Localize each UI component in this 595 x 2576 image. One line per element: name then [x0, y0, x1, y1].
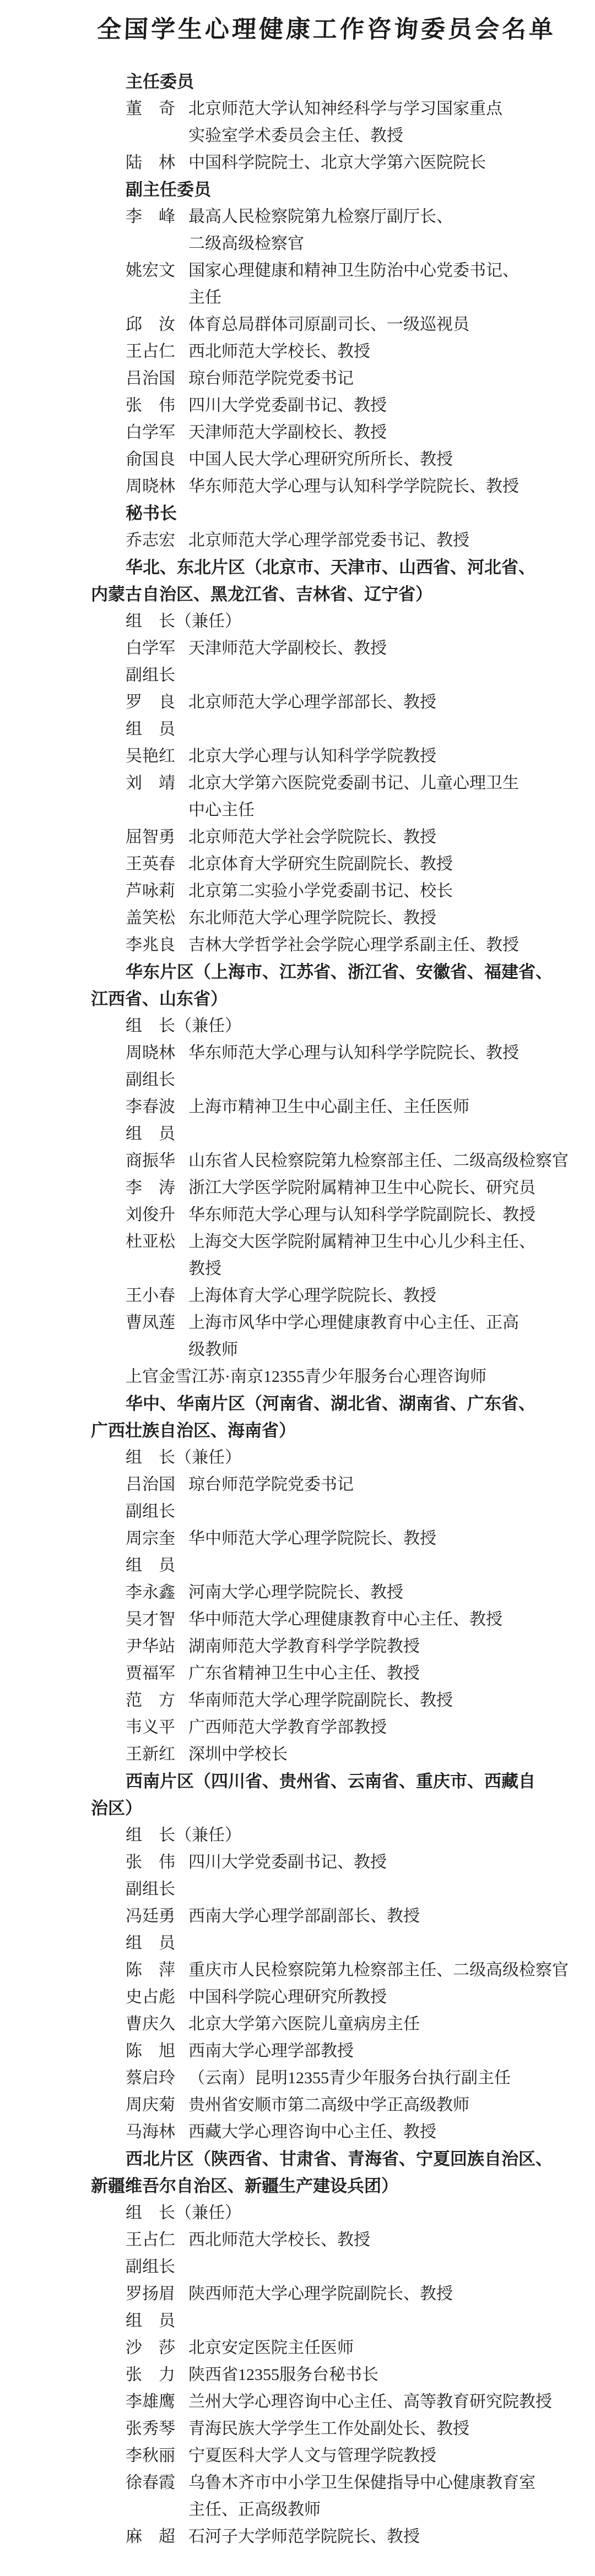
- member-row: 王占仁西北师范大学校长、教授: [91, 2226, 578, 2253]
- member-title: 琼台师范学院党委书记: [188, 365, 578, 392]
- member-name: 陈 萍: [126, 1957, 188, 1984]
- member-row: 麻 超石河子大学师范学院院长、教授: [91, 2523, 578, 2550]
- member-name: 韦义平: [126, 1714, 188, 1741]
- member-name: 蔡启玲: [126, 2065, 188, 2092]
- member-title: 四川大学党委副书记、教授: [188, 1849, 578, 1876]
- member-title: 华中师范大学心理健康教育中心主任、教授: [188, 1606, 578, 1633]
- member-row: 俞国良中国人民大学心理研究所所长、教授: [91, 446, 578, 473]
- member-row: 李 涛浙江大学医学院附属精神卫生中心院长、研究员: [91, 1174, 578, 1201]
- member-title: 石河子大学师范学院院长、教授: [188, 2523, 578, 2550]
- member-row: 白学军天津师范大学副校长、教授: [91, 419, 578, 446]
- member-name: 周庆菊: [126, 2092, 188, 2118]
- role-label: 组 长（兼任）: [91, 1012, 578, 1039]
- member-title: 体育总局群体司原副司长、一级巡视员: [188, 311, 578, 338]
- member-row: 张 伟四川大学党委副书记、教授: [91, 1849, 578, 1876]
- member-title: 天津师范大学副校长、教授: [188, 635, 578, 662]
- member-row: 李永鑫河南大学心理学院院长、教授: [91, 1579, 578, 1606]
- member-row: 李春波上海市精神卫生中心副主任、主任医师: [91, 1093, 578, 1120]
- member-name: 张 力: [126, 2361, 188, 2388]
- member-row: 张秀琴青海民族大学学生工作处副处长、教授: [91, 2415, 578, 2442]
- member-title: 贵州省安顺市第二高级中学正高级教师: [188, 2092, 578, 2118]
- member-name: 白学军: [126, 635, 188, 662]
- member-row: 盖笑松东北师范大学心理学院院长、教授: [91, 905, 578, 932]
- member-row: 周晓林华东师范大学心理与认知科学学院院长、教授: [91, 1039, 578, 1066]
- member-row: 马海林西藏大学心理咨询中心主任、教授: [91, 2118, 578, 2145]
- member-name: 王占仁: [126, 2226, 188, 2253]
- member-row: 屈智勇北京师范大学社会学院院长、教授: [91, 824, 578, 851]
- member-row: 芦咏莉北京第二实验小学党委副书记、校长: [91, 878, 578, 905]
- member-row: 王英春北京体育大学研究生院副院长、教授: [91, 851, 578, 878]
- member-name: 马海林: [126, 2118, 188, 2145]
- member-title: 琼台师范学院党委书记: [188, 1471, 578, 1498]
- member-title: 华南师范大学心理学院副院长、教授: [188, 1687, 578, 1714]
- member-row: 冯廷勇西南大学心理学部副部长、教授: [91, 1903, 578, 1930]
- member-title: 深圳中学校长: [188, 1741, 578, 1768]
- member-name: 周晓林: [126, 1039, 188, 1066]
- member-title: 北京师范大学心理学部党委书记、教授: [188, 527, 578, 554]
- member-title: 山东省人民检察院第九检察部主任、二级高级检察官: [188, 1147, 578, 1174]
- member-row: 蔡启玲（云南）昆明12355青少年服务台执行副主任: [91, 2065, 578, 2092]
- member-title: 陕西省12355服务台秘书长: [188, 2361, 578, 2388]
- region-heading: 西南片区（四川省、贵州省、云南省、重庆市、西藏自 治区）: [91, 1768, 578, 1822]
- member-name: 姚宏文: [126, 257, 188, 311]
- member-title: 陕西师范大学心理学院副院长、教授: [188, 2280, 578, 2307]
- member-title: 宁夏医科大学人文与管理学院教授: [188, 2442, 578, 2469]
- member-name: 曹庆久: [126, 2011, 188, 2038]
- member-title: 上海交大医学院附属精神卫生中心儿少科主任、 教授: [188, 1228, 578, 1282]
- member-title: 华东师范大学心理与认知科学学院院长、教授: [188, 473, 578, 500]
- member-title: 东北师范大学心理学院院长、教授: [188, 905, 578, 932]
- member-row: 李秋丽宁夏医科大学人文与管理学院教授: [91, 2442, 578, 2469]
- role-label: 组 长（兼任）: [91, 1822, 578, 1849]
- role-label: 组 员: [91, 716, 578, 743]
- member-title: 上海市风华中学心理健康教育中心主任、正高 级教师: [188, 1309, 578, 1363]
- member-row: 韦义平广西师范大学教育学部教授: [91, 1714, 578, 1741]
- member-name: 李永鑫: [126, 1579, 188, 1606]
- member-title: 河南大学心理学院院长、教授: [188, 1579, 578, 1606]
- member-title: 北京大学第六医院党委副书记、儿童心理卫生 中心主任: [188, 770, 578, 824]
- member-row: 王小春上海体育大学心理学院院长、教授: [91, 1282, 578, 1309]
- member-row: 张 力陕西省12355服务台秘书长: [91, 2361, 578, 2388]
- member-name: 吴艳红: [126, 743, 188, 770]
- member-title: 西南大学心理学部教授: [188, 2038, 578, 2065]
- section-heading: 副主任委员: [91, 176, 578, 203]
- member-name: 尹华站: [126, 1633, 188, 1660]
- member-name: 周晓林: [126, 473, 188, 500]
- member-row: 史占彪中国科学院心理研究所教授: [91, 1984, 578, 2011]
- member-name: 董 奇: [126, 95, 188, 149]
- role-label: 组 长（兼任）: [91, 608, 578, 635]
- member-name: 邱 汝: [126, 311, 188, 338]
- member-title: 重庆市人民检察院第九检察部主任、二级高级检察官: [188, 1957, 578, 1984]
- member-row: 李兆良吉林大学哲学社会学院心理学系副主任、教授: [91, 932, 578, 958]
- member-title: 北京师范大学认知神经科学与学习国家重点 实验室学术委员会主任、教授: [188, 95, 578, 149]
- member-row: 吕治国琼台师范学院党委书记: [91, 1471, 578, 1498]
- member-row: 商振华山东省人民检察院第九检察部主任、二级高级检察官: [91, 1147, 578, 1174]
- member-row: 董 奇北京师范大学认知神经科学与学习国家重点 实验室学术委员会主任、教授: [91, 95, 578, 149]
- member-title: 北京大学心理与认知科学学院教授: [188, 743, 578, 770]
- member-name: 王占仁: [126, 338, 188, 365]
- member-title: 西北师范大学校长、教授: [188, 2226, 578, 2253]
- region-heading: 西北片区（陕西省、甘肃省、青海省、宁夏回族自治区、 新疆维吾尔自治区、新疆生产建…: [91, 2145, 578, 2199]
- member-row: 范 方华南师范大学心理学院副院长、教授: [91, 1687, 578, 1714]
- member-row: 陈 旭西南大学心理学部教授: [91, 2038, 578, 2065]
- member-row: 徐春霞乌鲁木齐市中小学卫生保健指导中心健康教育室 主任、正高级教师: [91, 2469, 578, 2523]
- member-title: 青海民族大学学生工作处副处长、教授: [188, 2415, 578, 2442]
- member-title: 四川大学党委副书记、教授: [188, 392, 578, 419]
- member-name: 吕治国: [126, 365, 188, 392]
- member-title: 浙江大学医学院附属精神卫生中心院长、研究员: [188, 1174, 578, 1201]
- member-title: 中国科学院院士、北京大学第六医院院长: [188, 149, 578, 176]
- member-title: 上海市精神卫生中心副主任、主任医师: [188, 1093, 578, 1120]
- member-title: 华东师范大学心理与认知科学学院副院长、教授: [188, 1201, 578, 1228]
- member-row: 周晓林华东师范大学心理与认知科学学院院长、教授: [91, 473, 578, 500]
- region-heading: 华东片区（上海市、江苏省、浙江省、安徽省、福建省、 江西省、山东省）: [91, 958, 578, 1012]
- member-title: 广东省精神卫生中心主任、教授: [188, 1660, 578, 1687]
- member-name: 屈智勇: [126, 824, 188, 851]
- member-name: 白学军: [126, 419, 188, 446]
- member-name: 芦咏莉: [126, 878, 188, 905]
- role-label: 组 员: [91, 1120, 578, 1147]
- page-title: 全国学生心理健康工作咨询委员会名单: [90, 13, 562, 46]
- role-label: 副组长: [91, 1498, 578, 1525]
- member-name: 李雄鹰: [126, 2388, 188, 2415]
- member-name: 罗 良: [126, 689, 188, 716]
- member-title: 江苏·南京12355青少年服务台心理咨询师: [192, 1363, 578, 1390]
- region-heading: 华北、东北片区（北京市、天津市、山西省、河北省、 内蒙古自治区、黑龙江省、吉林省…: [91, 554, 578, 608]
- member-row: 杜亚松上海交大医学院附属精神卫生中心儿少科主任、 教授: [91, 1228, 578, 1282]
- member-name: 曹凤莲: [126, 1309, 188, 1363]
- member-name: 上官金雪: [126, 1363, 192, 1390]
- member-row: 吕治国琼台师范学院党委书记: [91, 365, 578, 392]
- member-row: 周庆菊贵州省安顺市第二高级中学正高级教师: [91, 2092, 578, 2118]
- member-name: 吴才智: [126, 1606, 188, 1633]
- member-title: 国家心理健康和精神卫生防治中心党委书记、 主任: [188, 257, 578, 311]
- member-name: 史占彪: [126, 1984, 188, 2011]
- member-row: 吴才智华中师范大学心理健康教育中心主任、教授: [91, 1606, 578, 1633]
- member-row: 李 峰最高人民检察院第九检察厅副厅长、 二级高级检察官: [91, 203, 578, 257]
- member-title: 吉林大学哲学社会学院心理学系副主任、教授: [188, 932, 578, 958]
- member-title: 中国人民大学心理研究所所长、教授: [188, 446, 578, 473]
- member-name: 商振华: [126, 1147, 188, 1174]
- role-label: 副组长: [91, 1876, 578, 1903]
- section-heading: 主任委员: [91, 68, 578, 95]
- member-title: 兰州大学心理咨询中心主任、高等教育研究院教授: [188, 2388, 578, 2415]
- member-row: 王占仁西北师范大学校长、教授: [91, 338, 578, 365]
- member-row: 李雄鹰兰州大学心理咨询中心主任、高等教育研究院教授: [91, 2388, 578, 2415]
- member-row: 罗扬眉陕西师范大学心理学院副院长、教授: [91, 2280, 578, 2307]
- member-row: 沙 莎北京安定医院主任医师: [91, 2334, 578, 2361]
- member-row: 尹华站湖南师范大学教育科学学院教授: [91, 1633, 578, 1660]
- member-name: 张 伟: [126, 1849, 188, 1876]
- member-title: 北京大学第六医院儿童病房主任: [188, 2011, 578, 2038]
- member-row: 刘俊升华东师范大学心理与认知科学学院副院长、教授: [91, 1201, 578, 1228]
- role-label: 组 员: [91, 1930, 578, 1957]
- member-row: 曹庆久北京大学第六医院儿童病房主任: [91, 2011, 578, 2038]
- member-row: 贾福军广东省精神卫生中心主任、教授: [91, 1660, 578, 1687]
- role-label: 副组长: [91, 2253, 578, 2280]
- member-name: 李 峰: [126, 203, 188, 257]
- member-row: 刘 靖北京大学第六医院党委副书记、儿童心理卫生 中心主任: [91, 770, 578, 824]
- member-row: 王新红深圳中学校长: [91, 1741, 578, 1768]
- member-row: 陈 萍重庆市人民检察院第九检察部主任、二级高级检察官: [91, 1957, 578, 1984]
- document-body: 主任委员董 奇北京师范大学认知神经科学与学习国家重点 实验室学术委员会主任、教授…: [91, 68, 578, 2550]
- member-name: 李春波: [126, 1093, 188, 1120]
- member-row: 陆 林中国科学院院士、北京大学第六医院院长: [91, 149, 578, 176]
- member-name: 盖笑松: [126, 905, 188, 932]
- member-name: 俞国良: [126, 446, 188, 473]
- member-name: 沙 莎: [126, 2334, 188, 2361]
- member-title: 乌鲁木齐市中小学卫生保健指导中心健康教育室 主任、正高级教师: [188, 2469, 578, 2523]
- member-name: 王小春: [126, 1282, 188, 1309]
- member-name: 贾福军: [126, 1660, 188, 1687]
- member-title: 西藏大学心理咨询中心主任、教授: [188, 2118, 578, 2145]
- section-heading: 秘书长: [91, 500, 578, 527]
- member-row: 吴艳红北京大学心理与认知科学学院教授: [91, 743, 578, 770]
- member-row: 姚宏文国家心理健康和精神卫生防治中心党委书记、 主任: [91, 257, 578, 311]
- region-heading: 华中、华南片区（河南省、湖北省、湖南省、广东省、 广西壮族自治区、海南省）: [91, 1390, 578, 1444]
- member-title: 华东师范大学心理与认知科学学院院长、教授: [188, 1039, 578, 1066]
- member-title: 北京体育大学研究生院副院长、教授: [188, 851, 578, 878]
- member-name: 陆 林: [126, 149, 188, 176]
- member-name: 罗扬眉: [126, 2280, 188, 2307]
- member-row: 周宗奎华中师范大学心理学院院长、教授: [91, 1525, 578, 1552]
- member-title: 北京师范大学社会学院院长、教授: [188, 824, 578, 851]
- role-label: 副组长: [91, 1066, 578, 1093]
- member-row: 上官金雪江苏·南京12355青少年服务台心理咨询师: [91, 1363, 578, 1390]
- member-title: 最高人民检察院第九检察厅副厅长、 二级高级检察官: [188, 203, 578, 257]
- member-name: 冯廷勇: [126, 1903, 188, 1930]
- member-name: 刘 靖: [126, 770, 188, 824]
- member-row: 曹凤莲上海市风华中学心理健康教育中心主任、正高 级教师: [91, 1309, 578, 1363]
- member-title: （云南）昆明12355青少年服务台执行副主任: [188, 2065, 578, 2092]
- member-name: 乔志宏: [126, 527, 188, 554]
- member-title: 中国科学院心理研究所教授: [188, 1984, 578, 2011]
- member-title: 西北师范大学校长、教授: [188, 338, 578, 365]
- member-name: 刘俊升: [126, 1201, 188, 1228]
- member-name: 王英春: [126, 851, 188, 878]
- member-title: 天津师范大学副校长、教授: [188, 419, 578, 446]
- role-label: 组 员: [91, 1552, 578, 1579]
- member-name: 徐春霞: [126, 2469, 188, 2523]
- member-name: 杜亚松: [126, 1228, 188, 1282]
- member-row: 白学军天津师范大学副校长、教授: [91, 635, 578, 662]
- member-name: 李秋丽: [126, 2442, 188, 2469]
- member-name: 张秀琴: [126, 2415, 188, 2442]
- member-name: 麻 超: [126, 2523, 188, 2550]
- member-name: 张 伟: [126, 392, 188, 419]
- member-name: 陈 旭: [126, 2038, 188, 2065]
- member-title: 湖南师范大学教育科学学院教授: [188, 1633, 578, 1660]
- role-label: 组 员: [91, 2307, 578, 2334]
- member-row: 乔志宏北京师范大学心理学部党委书记、教授: [91, 527, 578, 554]
- member-name: 李兆良: [126, 932, 188, 958]
- member-row: 邱 汝体育总局群体司原副司长、一级巡视员: [91, 311, 578, 338]
- member-title: 广西师范大学教育学部教授: [188, 1714, 578, 1741]
- role-label: 组 长（兼任）: [91, 2199, 578, 2226]
- member-name: 范 方: [126, 1687, 188, 1714]
- role-label: 组 长（兼任）: [91, 1444, 578, 1471]
- member-name: 周宗奎: [126, 1525, 188, 1552]
- member-title: 北京师范大学心理学部部长、教授: [188, 689, 578, 716]
- member-name: 李 涛: [126, 1174, 188, 1201]
- member-title: 上海体育大学心理学院院长、教授: [188, 1282, 578, 1309]
- member-title: 西南大学心理学部副部长、教授: [188, 1903, 578, 1930]
- member-row: 罗 良北京师范大学心理学部部长、教授: [91, 689, 578, 716]
- member-name: 吕治国: [126, 1471, 188, 1498]
- member-row: 张 伟四川大学党委副书记、教授: [91, 392, 578, 419]
- member-title: 华中师范大学心理学院院长、教授: [188, 1525, 578, 1552]
- member-title: 北京第二实验小学党委副书记、校长: [188, 878, 578, 905]
- document-page: 全国学生心理健康工作咨询委员会名单 主任委员董 奇北京师范大学认知神经科学与学习…: [0, 0, 595, 2576]
- member-name: 王新红: [126, 1741, 188, 1768]
- member-title: 北京安定医院主任医师: [188, 2334, 578, 2361]
- role-label: 副组长: [91, 662, 578, 689]
